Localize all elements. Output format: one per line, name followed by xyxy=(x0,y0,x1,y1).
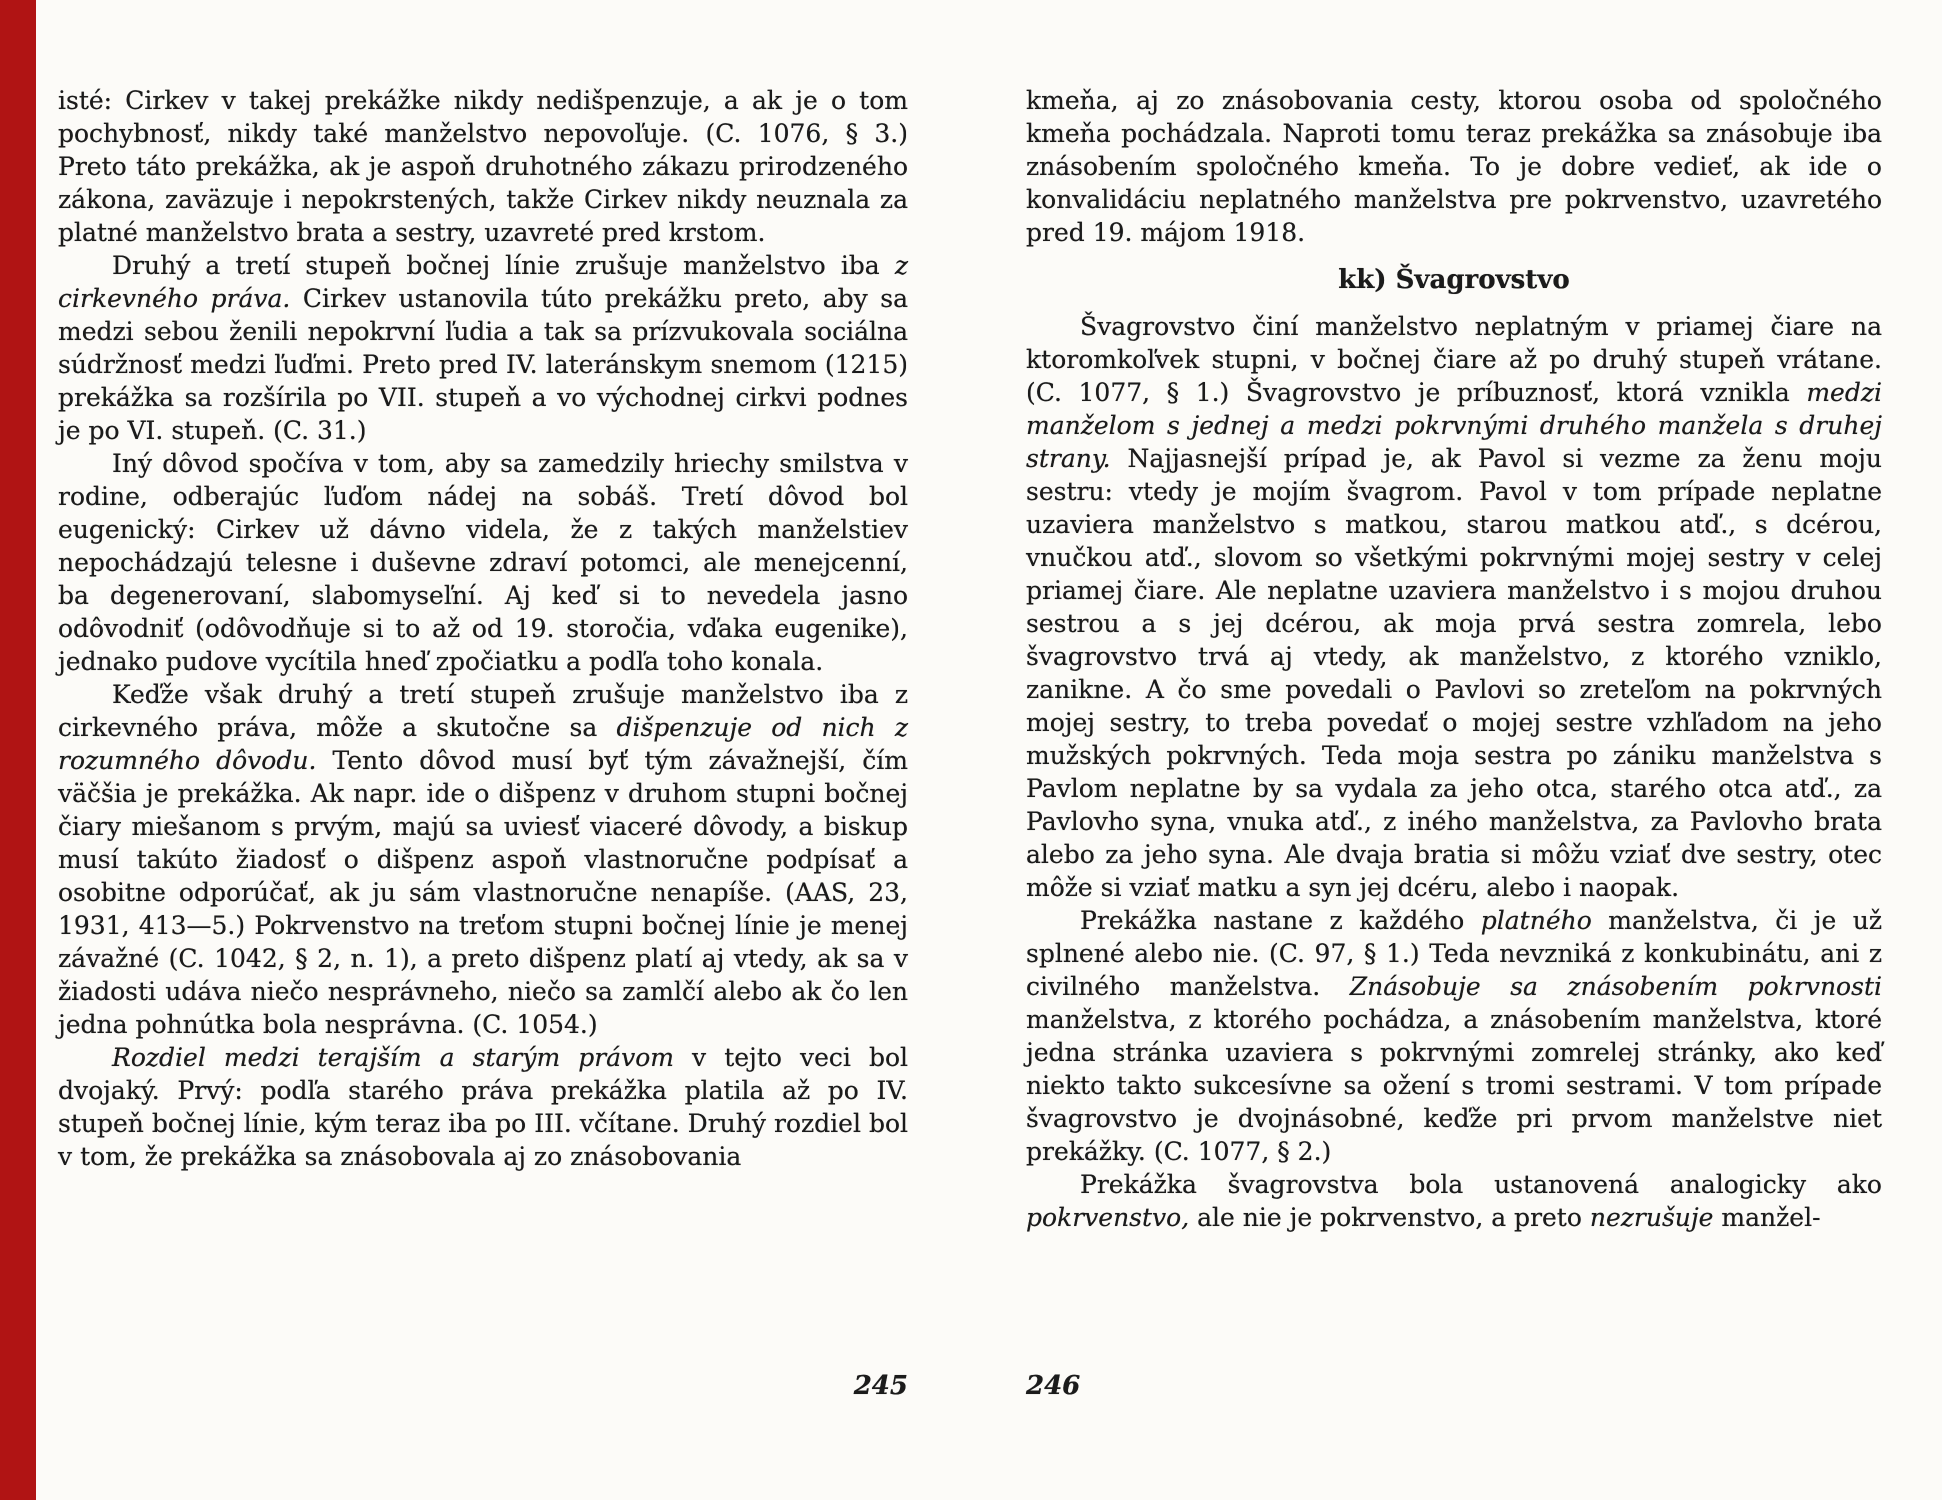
paragraph: Iný dôvod spočíva v tom, aby sa zamedzil… xyxy=(58,447,908,678)
italic-text: pokrvenstvo, xyxy=(1026,1203,1189,1232)
body-text: Prekážka švagrovstva bola ustanovená ana… xyxy=(1080,1170,1882,1199)
left-page-number: 245 xyxy=(58,1371,908,1401)
body-text: manželstva, z ktorého pochádza, a znásob… xyxy=(1026,1005,1882,1166)
body-text: Tento dôvod musí byť tým závažnejší, čím… xyxy=(58,746,908,1039)
body-text: Najjasnejší prípad je, ak Pavol si vezme… xyxy=(1026,444,1882,902)
paragraph: isté: Cirkev v takej prekážke nikdy nedi… xyxy=(58,84,908,249)
body-text: manžel- xyxy=(1713,1203,1820,1232)
body-text: Druhý a tretí stupeň bočnej línie zrušuj… xyxy=(112,251,895,280)
italic-text: nezrušuje xyxy=(1590,1203,1714,1232)
page-edge-red-bar xyxy=(0,0,36,1500)
paragraph: Prekážka nastane z každého platného manž… xyxy=(1026,904,1882,1168)
body-text: Iný dôvod spočíva v tom, aby sa zamedzil… xyxy=(58,449,908,676)
italic-text: Znásobuje sa znásobením pokrvnosti xyxy=(1350,972,1882,1001)
left-page-text: isté: Cirkev v takej prekážke nikdy nedi… xyxy=(58,84,908,1173)
section-heading: kk) Švagrovstvo xyxy=(1026,264,1882,297)
body-text: Prekážka nastane z každého xyxy=(1080,906,1481,935)
body-text: Švagrovstvo činí manželstvo neplatným v … xyxy=(1026,312,1882,407)
paragraph: Rozdiel medzi terajším a starým právom v… xyxy=(58,1041,908,1173)
body-text: isté: Cirkev v takej prekážke nikdy nedi… xyxy=(58,86,908,247)
right-page-text: kmeňa, aj zo znásobovania cesty, ktorou … xyxy=(1026,84,1882,1234)
paragraph: Druhý a tretí stupeň bočnej línie zrušuj… xyxy=(58,249,908,447)
paragraph: Prekážka švagrovstva bola ustanovená ana… xyxy=(1026,1168,1882,1234)
paragraph: Keďže však druhý a tretí stupeň zrušuje … xyxy=(58,678,908,1041)
paragraph: kmeňa, aj zo znásobovania cesty, ktorou … xyxy=(1026,84,1882,249)
italic-text: platného xyxy=(1481,906,1592,935)
italic-text: Rozdiel medzi terajším a starým právom xyxy=(112,1043,674,1072)
paragraph: Švagrovstvo činí manželstvo neplatným v … xyxy=(1026,310,1882,904)
book-scan: isté: Cirkev v takej prekážke nikdy nedi… xyxy=(0,0,1942,1500)
body-text: ale nie je pokrvenstvo, a preto xyxy=(1189,1203,1590,1232)
right-page-number: 246 xyxy=(1026,1371,1080,1401)
body-text: kmeňa, aj zo znásobovania cesty, ktorou … xyxy=(1026,86,1882,247)
